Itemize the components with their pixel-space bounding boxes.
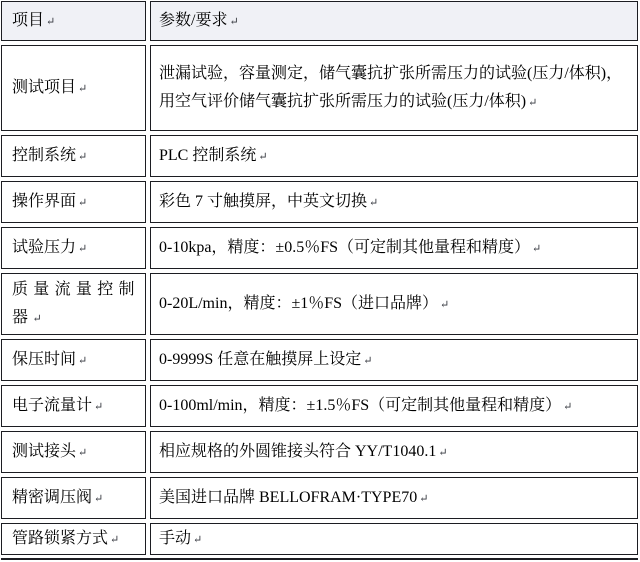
row-value-cell: 美国进口品牌 BELLOFRAM·TYPE70↵ — [150, 477, 638, 519]
row-label: 测试项目 — [12, 79, 76, 96]
paragraph-mark: ↵ — [532, 243, 541, 255]
row-value-cell: 泄漏试验，容量测定，储气囊抗扩张所需压力的试验(压力/体积)，用空气评价储气囊抗… — [150, 45, 638, 131]
row-value-cell: 手动↵ — [150, 523, 638, 555]
row-value-cell: 彩色 7 寸触摸屏，中英文切换↵ — [150, 181, 638, 223]
row-value: 美国进口品牌 BELLOFRAM·TYPE70 — [159, 489, 417, 506]
row-label: 电子流量计 — [12, 397, 92, 414]
row-value-cell: 相应规格的外圆锥接头符合 YY/T1040.1↵ — [150, 431, 638, 473]
row-label: 精密调压阀 — [12, 489, 92, 506]
row-label-cell: 管路锁紧方式↵ — [1, 523, 146, 555]
spec-table: 项目↵ 参数/要求↵ 测试项目↵ 泄漏试验，容量测定，储气囊抗扩张所需压力的试验… — [1, 1, 638, 560]
paragraph-mark: ↵ — [78, 83, 87, 95]
paragraph-mark: ↵ — [363, 355, 372, 367]
paragraph-mark: ↵ — [94, 493, 103, 505]
row-value: 彩色 7 寸触摸屏，中英文切换 — [159, 193, 367, 210]
header-item-label: 项目 — [12, 12, 44, 29]
header-cell-item: 项目↵ — [1, 1, 146, 41]
paragraph-mark: ↵ — [110, 534, 119, 546]
row-value: PLC 控制系统 — [159, 147, 256, 164]
row-label: 试验压力 — [12, 239, 76, 256]
row-label-cell: 测试接头↵ — [1, 431, 146, 473]
row-label: 质量流量控制器 — [12, 281, 137, 326]
paragraph-mark: ↵ — [440, 299, 449, 311]
row-label-cell: 操作界面↵ — [1, 181, 146, 223]
paragraph-mark: ↵ — [33, 313, 42, 325]
row-value: 手动 — [159, 530, 191, 547]
header-cell-params: 参数/要求↵ — [150, 1, 638, 41]
row-value-cell: 0-20L/min，精度：±1％FS（进口品牌）↵ — [150, 273, 638, 335]
paragraph-mark: ↵ — [528, 97, 537, 109]
row-label-cell: 电子流量计↵ — [1, 385, 146, 427]
row-value: 相应规格的外圆锥接头符合 YY/T1040.1 — [159, 443, 436, 460]
row-label: 操作界面 — [12, 193, 76, 210]
row-label: 保压时间 — [12, 351, 76, 368]
row-value: 0-100ml/min，精度：±1.5％FS（可定制其他量程和精度） — [159, 397, 561, 414]
paragraph-mark: ↵ — [78, 197, 87, 209]
paragraph-mark: ↵ — [369, 197, 378, 209]
paragraph-mark: ↵ — [78, 151, 87, 163]
paragraph-mark: ↵ — [94, 401, 103, 413]
paragraph-mark: ↵ — [229, 16, 238, 28]
paragraph-mark: ↵ — [46, 16, 55, 28]
row-value-cell: 0-10kpa，精度：±0.5％FS（可定制其他量程和精度）↵ — [150, 227, 638, 269]
paragraph-mark: ↵ — [193, 534, 202, 546]
row-label-cell: 质量流量控制器↵ — [1, 273, 146, 335]
document-page: 项目↵ 参数/要求↵ 测试项目↵ 泄漏试验，容量测定，储气囊抗扩张所需压力的试验… — [1, 1, 638, 560]
paragraph-mark: ↵ — [438, 447, 447, 459]
row-label-cell: 保压时间↵ — [1, 339, 146, 381]
row-value: 泄漏试验，容量测定，储气囊抗扩张所需压力的试验(压力/体积)，用空气评价储气囊抗… — [159, 65, 622, 110]
paragraph-mark: ↵ — [258, 151, 267, 163]
paragraph-mark: ↵ — [419, 493, 428, 505]
paragraph-mark: ↵ — [78, 447, 87, 459]
row-label-cell: 精密调压阀↵ — [1, 477, 146, 519]
row-value: 0-10kpa，精度：±0.5％FS（可定制其他量程和精度） — [159, 239, 530, 256]
row-value-cell: 0-9999S 任意在触摸屏上设定↵ — [150, 339, 638, 381]
paragraph-mark: ↵ — [563, 401, 572, 413]
row-value-cell: PLC 控制系统↵ — [150, 135, 638, 177]
row-label: 管路锁紧方式 — [12, 530, 108, 547]
row-label: 测试接头 — [12, 443, 76, 460]
row-label-cell: 控制系统↵ — [1, 135, 146, 177]
row-value: 0-20L/min，精度：±1％FS（进口品牌） — [159, 295, 438, 312]
paragraph-mark: ↵ — [78, 243, 87, 255]
row-value: 0-9999S 任意在触摸屏上设定 — [159, 351, 361, 368]
row-label-cell: 测试项目↵ — [1, 45, 146, 131]
row-label: 控制系统 — [12, 147, 76, 164]
row-label-cell: 试验压力↵ — [1, 227, 146, 269]
paragraph-mark: ↵ — [78, 355, 87, 367]
row-value-cell: 0-100ml/min，精度：±1.5％FS（可定制其他量程和精度）↵ — [150, 385, 638, 427]
header-params-label: 参数/要求 — [159, 12, 227, 29]
